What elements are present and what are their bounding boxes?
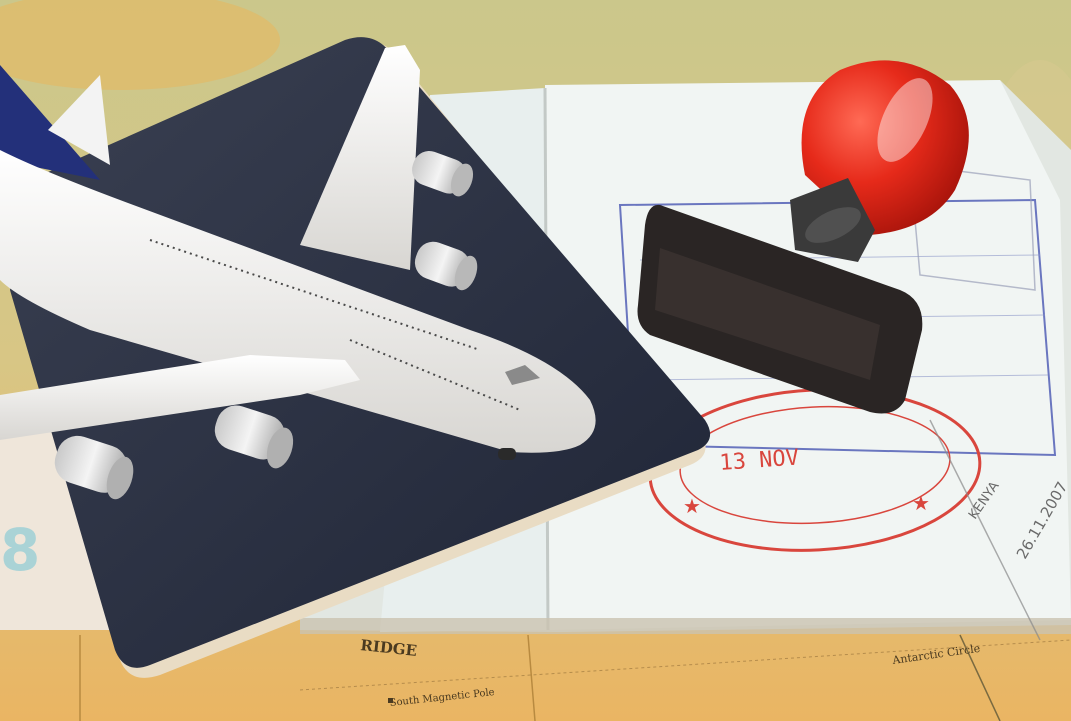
photo-canvas: RIDGE South Magnetic Pole Antarctic Circ…	[0, 0, 1071, 721]
page-number: 8	[0, 516, 40, 584]
travel-photo: RIDGE South Magnetic Pole Antarctic Circ…	[0, 0, 1071, 721]
red-star-icon-left: ★	[683, 494, 701, 518]
red-star-icon-right: ★	[912, 491, 930, 515]
pole-marker-icon	[388, 698, 393, 703]
landing-gear	[498, 448, 516, 460]
